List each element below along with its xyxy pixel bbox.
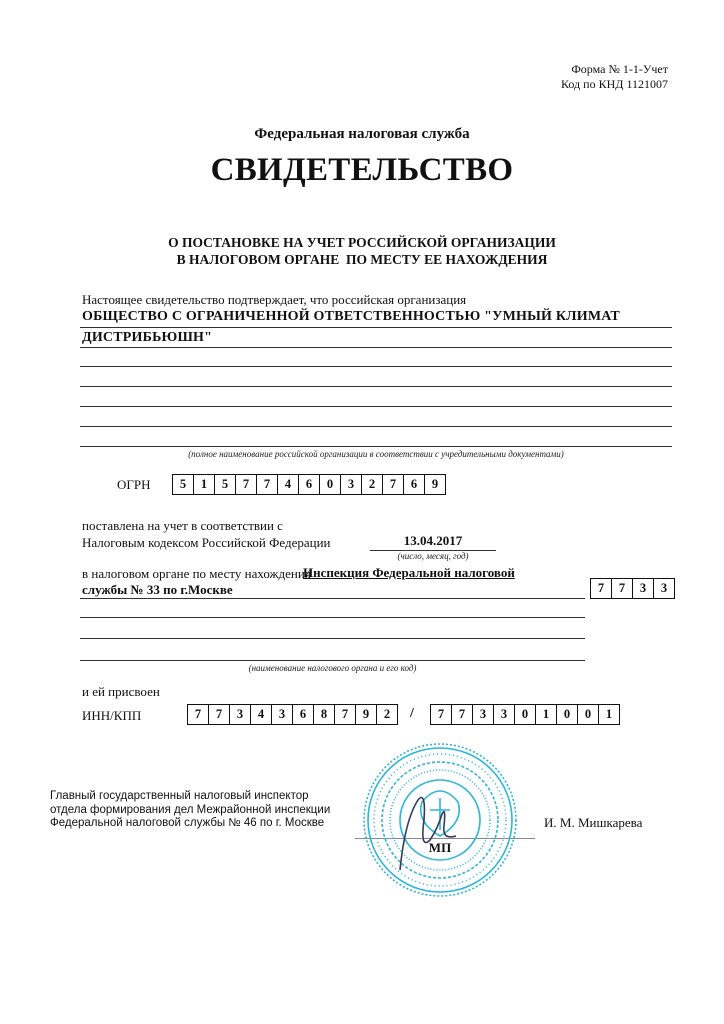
ogrn-digit: 9 — [425, 475, 445, 494]
inspector-position: Главный государственный налоговый инспек… — [50, 790, 330, 831]
kpp-digit: 1 — [536, 705, 557, 724]
inn-kpp-separator: / — [410, 706, 414, 722]
blank-line — [80, 406, 672, 407]
registration-date: 13.04.2017 — [370, 533, 496, 549]
document-subtitle: О ПОСТАНОВКЕ НА УЧЕТ РОССИЙСКОЙ ОРГАНИЗА… — [0, 234, 724, 268]
blank-line — [80, 638, 585, 639]
kpp-digit: 7 — [431, 705, 452, 724]
blank-line — [80, 386, 672, 387]
org-name-line-1: ОБЩЕСТВО С ОГРАНИЧЕННОЙ ОТВЕТСТВЕННОСТЬЮ… — [82, 309, 620, 325]
position-line-3: Федеральной налоговой службы № 46 по г. … — [50, 817, 330, 831]
org-name-line-2: ДИСТРИБЬЮШН" — [82, 330, 212, 346]
kpp-digit: 0 — [578, 705, 599, 724]
authority-underline — [80, 598, 585, 599]
stamp-seal-icon: МП — [360, 740, 520, 900]
ogrn-digit: 4 — [278, 475, 299, 494]
blank-line — [80, 366, 672, 367]
registration-text-1: поставлена на учет в соответствии с — [82, 518, 283, 534]
ogrn-digit: 1 — [194, 475, 215, 494]
inn-digit: 9 — [356, 705, 377, 724]
inn-kpp-label: ИНН/КПП — [82, 708, 141, 724]
kpp-digit: 0 — [515, 705, 536, 724]
agency-name: Федеральная налоговая служба — [0, 126, 724, 143]
authority-code-digit: 3 — [654, 579, 674, 598]
inn-digit: 7 — [335, 705, 356, 724]
authority-code-digit: 7 — [591, 579, 612, 598]
ogrn-digit: 0 — [320, 475, 341, 494]
org-name-underline-1 — [80, 327, 672, 328]
form-number: Форма № 1-1-Учет — [561, 62, 668, 77]
ogrn-label: ОГРН — [117, 477, 151, 493]
date-hint: (число, месяц, год) — [370, 551, 496, 561]
kpp-digit: 0 — [557, 705, 578, 724]
authority-code-digit: 3 — [633, 579, 654, 598]
ogrn-boxes: 5157746032769 — [172, 474, 446, 495]
inn-digit: 3 — [230, 705, 251, 724]
authority-code-boxes: 7733 — [590, 578, 675, 599]
inn-boxes: 7734368792 — [187, 704, 398, 725]
ogrn-digit: 2 — [362, 475, 383, 494]
assigned-label: и ей присвоен — [82, 684, 160, 700]
authority-code-digit: 7 — [612, 579, 633, 598]
intro-text: Настоящее свидетельство подтверждает, чт… — [82, 292, 466, 308]
registration-text-2: Налоговым кодексом Российской Федерации — [82, 535, 331, 551]
place-label: в налоговом органе по месту нахождения — [82, 566, 311, 582]
subtitle-line-1: О ПОСТАНОВКЕ НА УЧЕТ РОССИЙСКОЙ ОРГАНИЗА… — [0, 234, 724, 251]
authority-hint: (наименование налогового органа и его ко… — [80, 663, 585, 673]
ogrn-digit: 5 — [173, 475, 194, 494]
kpp-digit: 1 — [599, 705, 619, 724]
stamp-label: МП — [429, 840, 451, 855]
form-meta: Форма № 1-1-Учет Код по КНД 1121007 — [561, 62, 668, 92]
inn-digit: 2 — [377, 705, 397, 724]
kpp-digit: 3 — [473, 705, 494, 724]
ogrn-digit: 5 — [215, 475, 236, 494]
ogrn-digit: 6 — [299, 475, 320, 494]
authority-line-1: Инспекция Федеральной налоговой — [303, 565, 515, 581]
blank-line — [80, 660, 585, 661]
kpp-boxes: 773301001 — [430, 704, 620, 725]
ogrn-digit: 6 — [404, 475, 425, 494]
ogrn-digit: 7 — [236, 475, 257, 494]
ogrn-digit: 7 — [257, 475, 278, 494]
official-stamp: МП — [360, 740, 520, 900]
page-title: СВИДЕТЕЛЬСТВО — [0, 152, 724, 189]
ogrn-digit: 7 — [383, 475, 404, 494]
blank-line — [80, 426, 672, 427]
blank-line — [80, 617, 585, 618]
inn-digit: 6 — [293, 705, 314, 724]
org-name-underline-2 — [80, 347, 672, 348]
ogrn-digit: 3 — [341, 475, 362, 494]
knd-code: Код по КНД 1121007 — [561, 77, 668, 92]
blank-line — [80, 446, 672, 447]
kpp-digit: 7 — [452, 705, 473, 724]
subtitle-line-2: В НАЛОГОВОМ ОРГАНЕ ПО МЕСТУ ЕЕ НАХОЖДЕНИ… — [0, 251, 724, 268]
inn-digit: 8 — [314, 705, 335, 724]
position-line-2: отдела формирования дел Межрайонной инсп… — [50, 804, 330, 818]
position-line-1: Главный государственный налоговый инспек… — [50, 790, 330, 804]
org-name-hint: (полное наименование российской организа… — [80, 449, 672, 459]
inn-digit: 7 — [209, 705, 230, 724]
kpp-digit: 3 — [494, 705, 515, 724]
inn-digit: 4 — [251, 705, 272, 724]
inn-digit: 3 — [272, 705, 293, 724]
authority-line-2: службы № 33 по г.Москве — [82, 582, 233, 598]
signer-name: И. М. Мишкарева — [544, 815, 642, 831]
inn-digit: 7 — [188, 705, 209, 724]
